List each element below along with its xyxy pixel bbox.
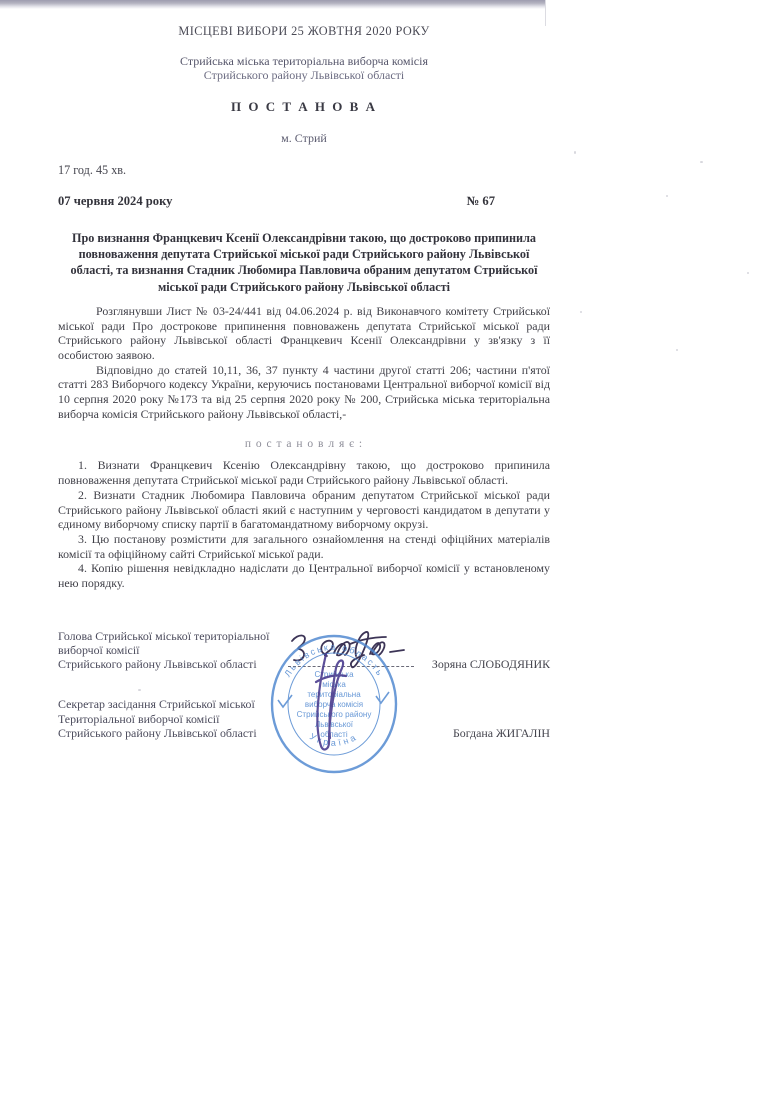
resolution-item: 1. Визнати Францкевич Ксенію Олександрів… xyxy=(58,458,550,487)
scan-speck xyxy=(574,151,576,154)
scanned-resolution-page: МІСЦЕВІ ВИБОРИ 25 ЖОВТНЯ 2020 РОКУ Стрий… xyxy=(0,0,768,1116)
resolution-item: 2. Визнати Стадник Любомира Павловича об… xyxy=(58,488,550,532)
document-type-heading: П О С Т А Н О В А xyxy=(58,99,550,115)
paragraph: Розглянувши Лист № 03-24/441 від 04.06.2… xyxy=(58,304,550,363)
document-number: № 67 xyxy=(467,194,495,209)
subject-title: Про визнання Францкевич Ксенії Олександр… xyxy=(58,230,550,295)
stamp-center-line: Стрийського району xyxy=(297,710,372,719)
resolves-label: п о с т а н о в л я є : xyxy=(58,438,550,450)
body-paragraphs: Розглянувши Лист № 03-24/441 від 04.06.2… xyxy=(58,304,550,422)
scan-edge-line xyxy=(545,0,546,26)
commission-name: Стрийська міська територіальна виборча к… xyxy=(58,54,550,82)
commission-line-2: Стрийського району Львівської області xyxy=(58,68,550,82)
official-round-stamp: Львівська область Україна Стрийська місь… xyxy=(266,630,402,778)
signer-role: Голова Стрийської міської територіальної… xyxy=(58,629,288,672)
resolution-item: 4. Копію рішення невідкладно надіслати д… xyxy=(58,561,550,590)
resolution-items: 1. Визнати Францкевич Ксенію Олександрів… xyxy=(58,458,550,590)
scan-speck xyxy=(747,272,749,274)
stamp-center-line: виборча комісія xyxy=(305,700,363,709)
signer-name: Зоряна СЛОБОДЯНИК xyxy=(418,657,550,671)
stamp-center-line: області xyxy=(320,730,347,739)
role-line: Голова Стрийської міської територіальної xyxy=(58,629,288,643)
commission-line-1: Стрийська міська територіальна виборча к… xyxy=(58,54,550,68)
election-title: МІСЦЕВІ ВИБОРИ 25 ЖОВТНЯ 2020 РОКУ xyxy=(58,24,550,39)
date-number-row: 07 червня 2024 року № 67 xyxy=(58,194,550,209)
stamp-center-line: Львівської xyxy=(315,720,354,729)
scan-edge-artifact xyxy=(0,0,546,9)
time-label: 17 год. 45 хв. xyxy=(58,163,550,178)
city-label: м. Стрий xyxy=(58,131,550,146)
signer-name: Богдана ЖИГАЛІН xyxy=(439,726,550,740)
paragraph: Відповідно до статей 10,11, 36, 37 пункт… xyxy=(58,363,550,422)
scan-speck xyxy=(676,349,678,351)
scan-speck xyxy=(580,311,582,313)
scan-speck xyxy=(666,195,668,197)
role-line: виборчої комісії xyxy=(58,643,288,657)
document-date: 07 червня 2024 року xyxy=(58,194,172,209)
role-line: Стрийського району Львівської області xyxy=(58,657,288,671)
scan-speck xyxy=(700,161,703,163)
resolution-item: 3. Цю постанову розмістити для загальног… xyxy=(58,532,550,561)
